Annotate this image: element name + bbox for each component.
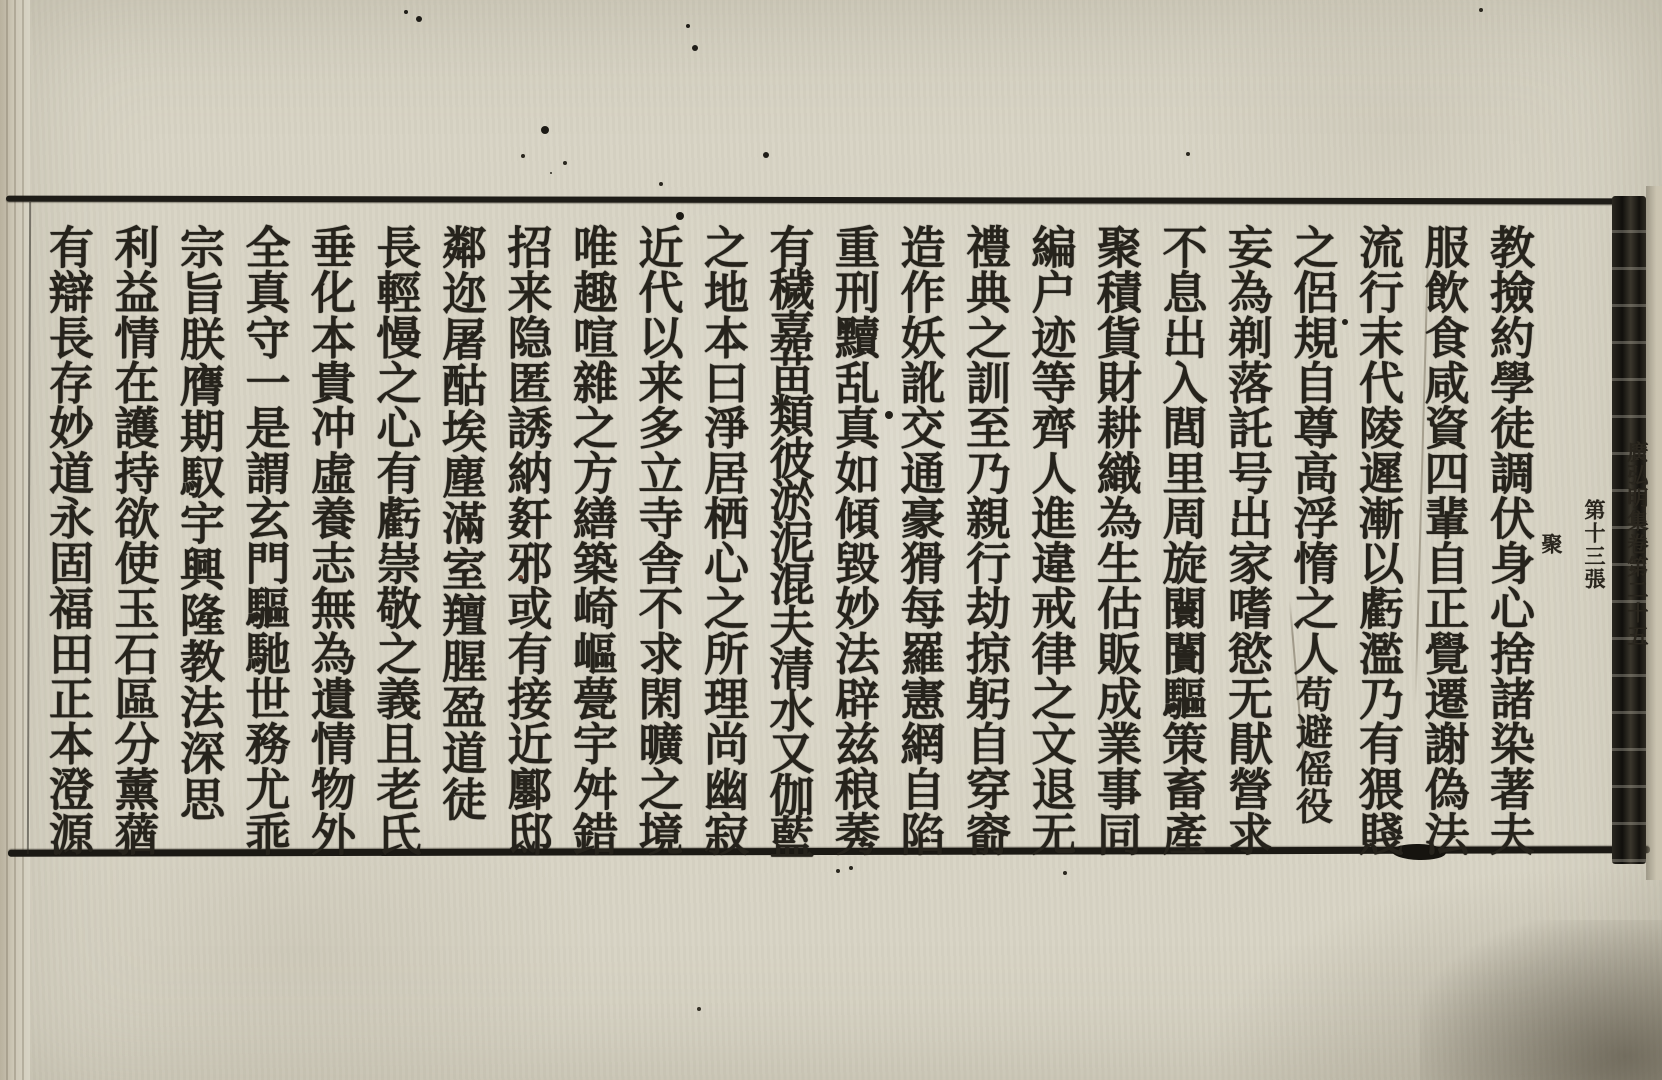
text-block: 教撿約學徒調伏身心捨諸染著夫服飲食咸資四輩自正覺遷謝偽法流行末代陵遲漸以虧濫乃有…	[34, 224, 1541, 860]
volume-title-note: 廣弘明集卷第二十五	[1622, 441, 1652, 648]
column-text: 服飲食咸資四輩自正覺遷謝偽法	[1417, 224, 1470, 856]
text-column-1: 教撿約學徒調伏身心捨諸染著夫	[1476, 224, 1542, 856]
text-column-17: 鄰迩屠酤埃塵滿室羶腥盈道徒	[428, 224, 494, 856]
ink-specks	[0, 0, 4, 4]
text-column-5: 妄為剃落託号出家嗜慾无猒營求	[1214, 224, 1280, 856]
text-column-10: 造作妖訛交通豪猾每羅憲網自陷	[886, 224, 952, 856]
column-text: 鄰迩屠酤埃塵滿室羶腥盈道徒	[434, 224, 487, 822]
column-text: 之地本曰淨居栖心之所理尚幽寂	[696, 224, 749, 856]
text-column-7: 聚積貨財耕織為生估販成業事同	[1083, 224, 1149, 856]
frame-rule-top	[6, 196, 1640, 205]
column-text: 重刑黷乱真如傾毀妙法辟兹稂莠	[827, 224, 880, 856]
column-text: 流行末代陵遲漸以虧濫乃有猥賤	[1351, 224, 1404, 856]
scanned-page: 教撿約學徒調伏身心捨諸染著夫服飲食咸資四輩自正覺遷謝偽法流行末代陵遲漸以虧濫乃有…	[0, 0, 1662, 1080]
column-text: 編户迹等齊人進違戒律之文退无	[1024, 224, 1077, 856]
column-text: 全真守一是謂玄門驅馳世務尤乖	[238, 224, 291, 856]
text-column-16: 招来隐匿誘納姧邪或有接近鄽邸	[493, 224, 559, 856]
column-text: 唯趣喧雜之方繕築崎嶇甍宇舛錯	[565, 224, 618, 856]
text-column-6: 不息出入閭里周旋闤闠驅策畜產	[1148, 224, 1214, 856]
column-text: 妄為剃落託号出家嗜慾无猒營求	[1220, 224, 1273, 856]
column-text: 之侶規自尊高浮惰之人	[1286, 224, 1339, 675]
column-text: 禮典之訓至乃親行劫掠躬自穿窬	[958, 224, 1011, 856]
text-column-11: 重刑黷乱真如傾毀妙法辟兹稂莠	[821, 224, 887, 856]
text-column-19: 垂化本貴冲虛養志無為遺情物外	[297, 224, 363, 856]
volume-annotation: 廣弘明集卷第二十五 第十三張 聚	[1536, 372, 1652, 717]
text-column-3: 流行末代陵遲漸以虧濫乃有猥賤	[1345, 224, 1411, 856]
column-text: 聚積貨財耕織為生估販成業事同	[1089, 224, 1142, 856]
text-column-21: 宗旨朕膺期馭宇興隆教法深思	[166, 224, 232, 856]
text-column-23: 有辯長存妙道永固福田正本澄源	[35, 224, 101, 856]
column-text: 宗旨朕膺期馭宇興隆教法深思	[172, 224, 225, 822]
text-column-4: 之侶規自尊高浮惰之人苟避傜役	[1279, 224, 1345, 856]
corner-smudge	[1420, 920, 1662, 1080]
column-text: 教撿約學徒調伏身心捨諸染著夫	[1482, 224, 1535, 856]
text-column-8: 編户迹等齊人進違戒律之文退无	[1017, 224, 1083, 856]
column-text: 近代以来多立寺舎不求閑曠之境	[631, 224, 684, 856]
column-text: 招来隐匿誘納姧邪或有接近鄽邸	[500, 224, 553, 856]
sheet-number-note: 第十三張	[1579, 499, 1609, 591]
column-text: 有辯長存妙道永固福田正本澄源	[41, 224, 94, 856]
column-text: 不息出入閭里周旋闤闠驅策畜產	[1155, 224, 1208, 856]
column-text: 利益情在護持欲使玉石區分薰蕕	[107, 224, 160, 856]
text-column-14: 近代以来多立寺舎不求閑曠之境	[624, 224, 690, 856]
column-text-small: 苟避傜役	[1290, 675, 1334, 824]
binding-edge	[0, 0, 30, 1080]
collation-mark: 聚	[1536, 533, 1566, 556]
text-column-18: 長輕慢之心有虧崇敬之義且老氏	[362, 224, 428, 856]
column-text: 造作妖訛交通豪猾每羅憲網自陷	[893, 224, 946, 856]
column-text: 垂化本貴冲虛養志無為遺情物外	[303, 224, 356, 856]
column-text: 長輕慢之心有虧崇敬之義且老氏	[369, 224, 422, 856]
column-text: 有穢嘉苗類彼淤泥混夫清水又伽藍	[762, 224, 815, 856]
text-column-12: 有穢嘉苗類彼淤泥混夫清水又伽藍	[755, 224, 821, 856]
text-column-13: 之地本曰淨居栖心之所理尚幽寂	[690, 224, 756, 856]
text-column-22: 利益情在護持欲使玉石區分薰蕕	[100, 224, 166, 856]
text-column-15: 唯趣喧雜之方繕築崎嶇甍宇舛錯	[559, 224, 625, 856]
text-column-2: 服飲食咸資四輩自正覺遷謝偽法	[1410, 224, 1476, 856]
text-column-20: 全真守一是謂玄門驅馳世務尤乖	[231, 224, 297, 856]
text-column-9: 禮典之訓至乃親行劫掠躬自穿窬	[952, 224, 1018, 856]
